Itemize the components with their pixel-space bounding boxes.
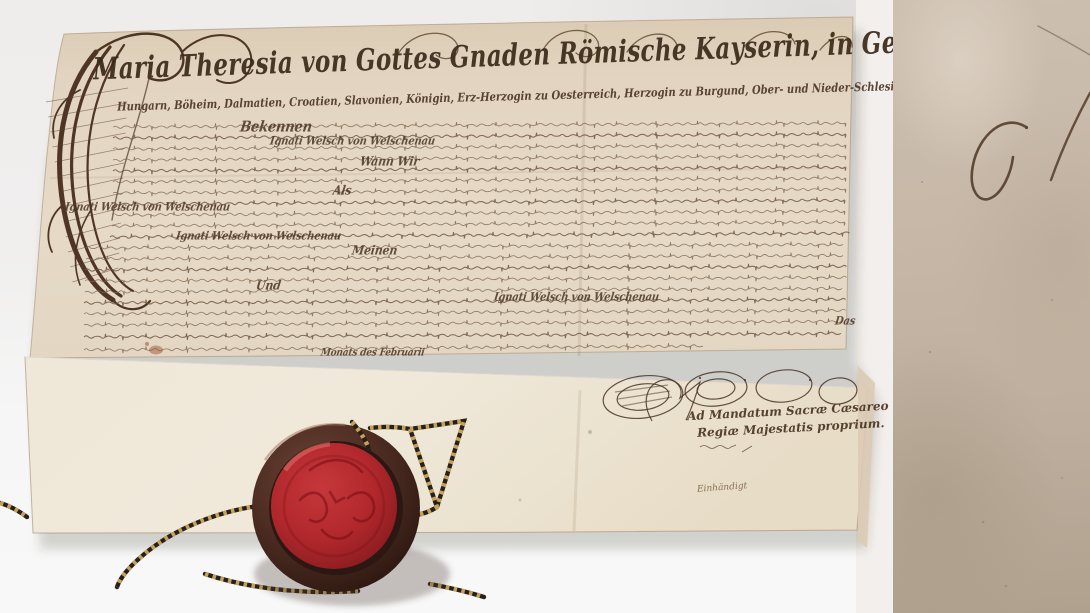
foxing-spot bbox=[588, 430, 592, 434]
pen-stroke-faint bbox=[1038, 26, 1090, 55]
closeup-ink-strokes bbox=[893, 0, 1090, 613]
parchment-closeup-panel bbox=[893, 0, 1090, 613]
charter-photograph: Maria Theresia von Gottes Gnaden Römisch… bbox=[0, 0, 893, 613]
parchment-speckles bbox=[921, 181, 1063, 587]
parchment-graphic bbox=[0, 0, 893, 613]
pen-stroke-diagonal bbox=[1051, 93, 1090, 180]
parchment-main-sheet bbox=[30, 17, 853, 358]
ink-stain-dot bbox=[145, 342, 149, 346]
charter-photo-screenshot: Maria Theresia von Gottes Gnaden Römisch… bbox=[0, 0, 1090, 613]
pen-stroke-dot bbox=[1025, 126, 1028, 129]
pen-stroke-loop bbox=[972, 123, 1026, 200]
foxing-spot bbox=[519, 499, 522, 502]
